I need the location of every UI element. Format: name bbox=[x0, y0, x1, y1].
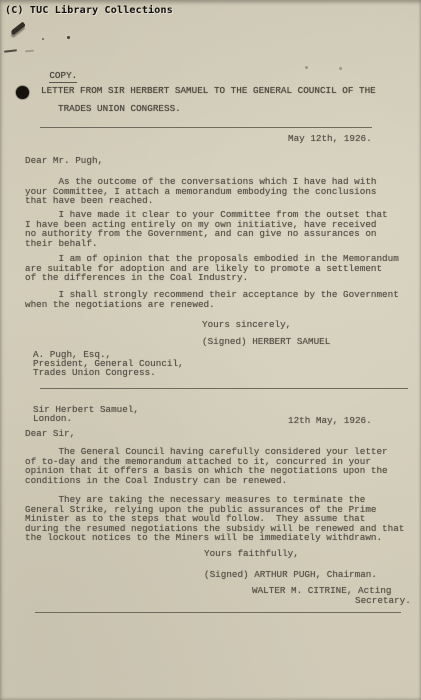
letter2-paragraph: They are taking the necessary measures t… bbox=[25, 495, 404, 543]
letter1-paragraph: I am of opinion that the proposals embod… bbox=[25, 254, 399, 283]
heading-line-1: LETTER FROM SIR HERBERT SAMUEL TO THE GE… bbox=[41, 86, 376, 96]
letter1-address-line: Trades Union Congress. bbox=[33, 368, 156, 378]
section-divider-rule bbox=[40, 388, 408, 389]
ink-smudge bbox=[25, 50, 34, 53]
letter2-secretary-title: Secretary. bbox=[355, 596, 411, 606]
paper-speck bbox=[339, 67, 342, 70]
ink-smudge bbox=[4, 49, 17, 53]
letter1-salutation: Dear Mr. Pugh, bbox=[25, 156, 103, 166]
bottom-rule bbox=[35, 612, 401, 613]
letter2-paragraph: The General Council having carefully con… bbox=[25, 447, 388, 485]
ink-speck bbox=[67, 36, 70, 39]
letter1-paragraph: I shall strongly recommend their accepta… bbox=[25, 290, 399, 309]
letter2-closing: Yours faithfully, bbox=[204, 549, 299, 559]
letter2-date: 12th May, 1926. bbox=[288, 416, 372, 426]
letter1-paragraph: As the outcome of the conversations whic… bbox=[25, 177, 376, 206]
heading-rule bbox=[40, 127, 372, 128]
letter1-closing: Yours sincerely, bbox=[202, 320, 291, 330]
ink-speck bbox=[42, 38, 44, 40]
watermark-text: (C) TUC Library Collections bbox=[5, 5, 173, 16]
ink-mark bbox=[10, 22, 26, 36]
letter2-recipient-line: London. bbox=[33, 414, 72, 424]
scanned-letter-page: (C) TUC Library Collections COPY. LETTER… bbox=[0, 0, 421, 700]
heading-line-2: TRADES UNION CONGRESS. bbox=[58, 104, 181, 114]
letter2-signature: (Signed) ARTHUR PUGH, Chairman. bbox=[204, 570, 377, 580]
letter1-signature: (Signed) HERBERT SAMUEL bbox=[202, 337, 330, 347]
letter2-salutation: Dear Sir, bbox=[25, 429, 75, 439]
letter1-paragraph: I have made it clear to your Committee f… bbox=[25, 210, 388, 248]
letter1-date: May 12th, 1926. bbox=[288, 134, 372, 144]
paper-speck bbox=[305, 66, 308, 69]
